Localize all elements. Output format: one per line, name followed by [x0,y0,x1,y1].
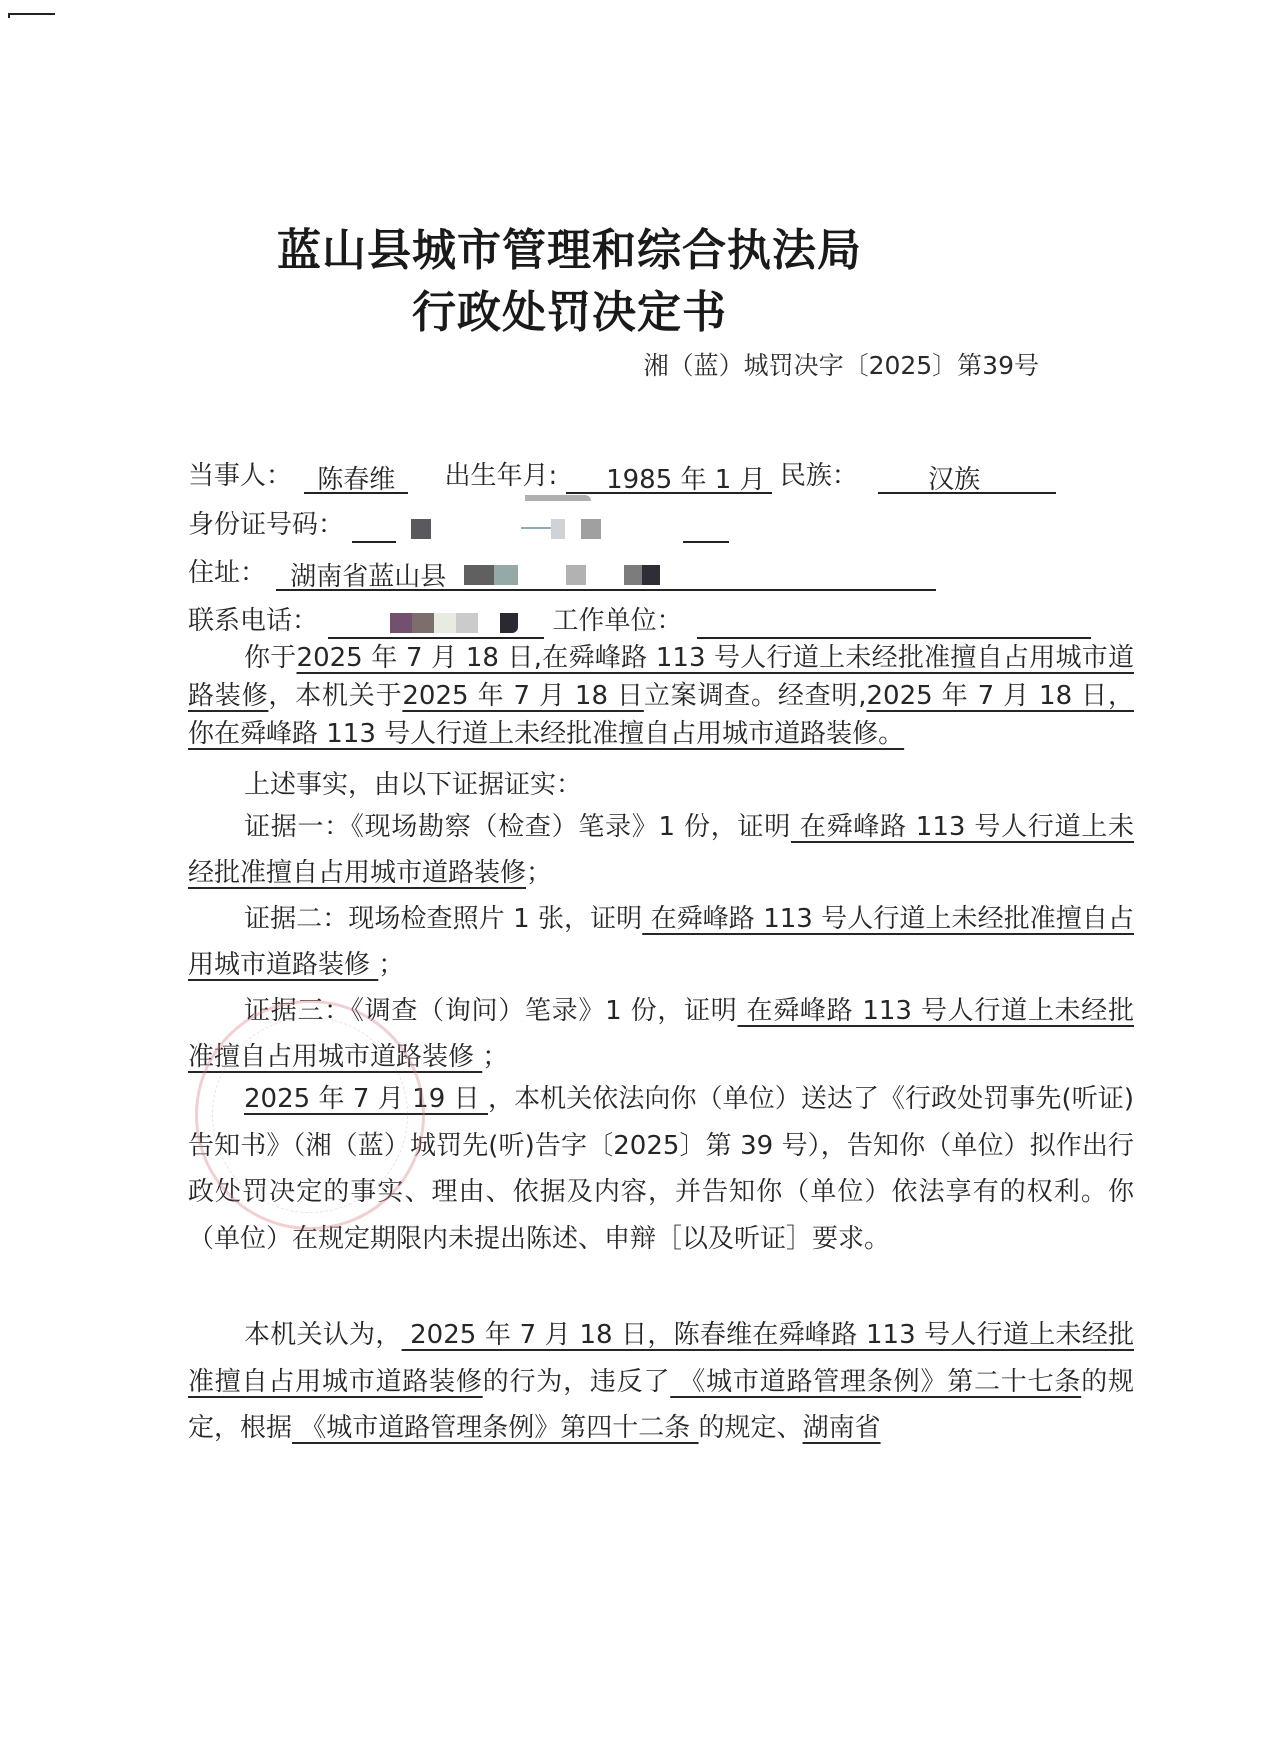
notice-paragraph: 2025 年 7 月 19 日 ，本机关依法向你（单位）送达了《行政处罚事先(听… [188,1076,1134,1262]
facts-paragraph: 你于2025 年 7 月 18 日,在舜峰路 113 号人行道上未经批准擅自占用… [188,639,1134,753]
evidence-item-1: 证据一：《现场勘察（检查）笔录》1 份，证明 在舜峰路 113 号人行道上未经批… [188,804,1134,896]
address-value: 湖南省蓝山县 [290,562,446,592]
document-number: 湘（蓝）城罚决字〔2025〕第39号 [644,346,1039,382]
violated-regulation: 《城市道路管理条例》第二十七条 [670,1367,1081,1397]
evidence-item-3: 证据三：《调查（询问）笔录》1 份，证明 在舜峰路 113 号人行道上未经批准擅… [188,988,1134,1080]
birth-value: 1985 年 1 月 [606,465,766,495]
address-label: 住址： [188,558,266,588]
party-line-4: 联系电话： 工作单位： [188,603,1091,639]
name-field: 陈春维 [304,462,408,494]
employer-label: 工作单位： [553,606,683,636]
document-title-issuer: 蓝山县城市管理和综合执法局 [0,214,1209,278]
phone-field [328,607,544,639]
id-redaction [405,513,675,543]
ethnicity-label: 民族： [780,461,858,491]
name-value: 陈春维 [317,465,395,495]
scan-corner-mark [8,13,55,15]
birth-label: 出生年月: [445,461,558,491]
penalty-basis-regulation: 《城市道路管理条例》第四十二条 [292,1413,699,1443]
evidence-item-2: 证据二：现场检查照片 1 张，证明 在舜峰路 113 号人行道上未经批准擅自占用… [188,896,1134,988]
birth-field: 1985 年 1 月 [566,462,772,494]
ruling-paragraph: 本机关认为， 2025 年 7 月 18 日，陈春维在舜峰路 113 号人行道上… [188,1312,1134,1452]
id-label: 身份证号码： [188,510,344,540]
party-line-1: 当事人： 陈春维 出生年月: 1985 年 1 月 民族： 汉族 [188,458,1056,494]
case-filed-date: 2025 年 7 月 18 日 [402,681,643,711]
employer-field [697,607,1091,639]
document-title-type: 行政处罚决定书 [0,276,1209,340]
address-field: 湖南省蓝山县 [276,559,936,591]
ethnicity-field: 汉族 [878,462,1056,494]
party-line-3: 住址： 湖南省蓝山县 [188,555,936,591]
party-line-2: 身份证号码： [188,507,729,543]
id-field-end [683,511,729,543]
ethnicity-value: 汉族 [928,465,980,495]
name-label: 当事人： [188,461,292,491]
notice-date: 2025 年 7 月 19 日 [244,1084,488,1114]
id-field-start [352,511,396,543]
phone-label: 联系电话： [188,606,318,636]
